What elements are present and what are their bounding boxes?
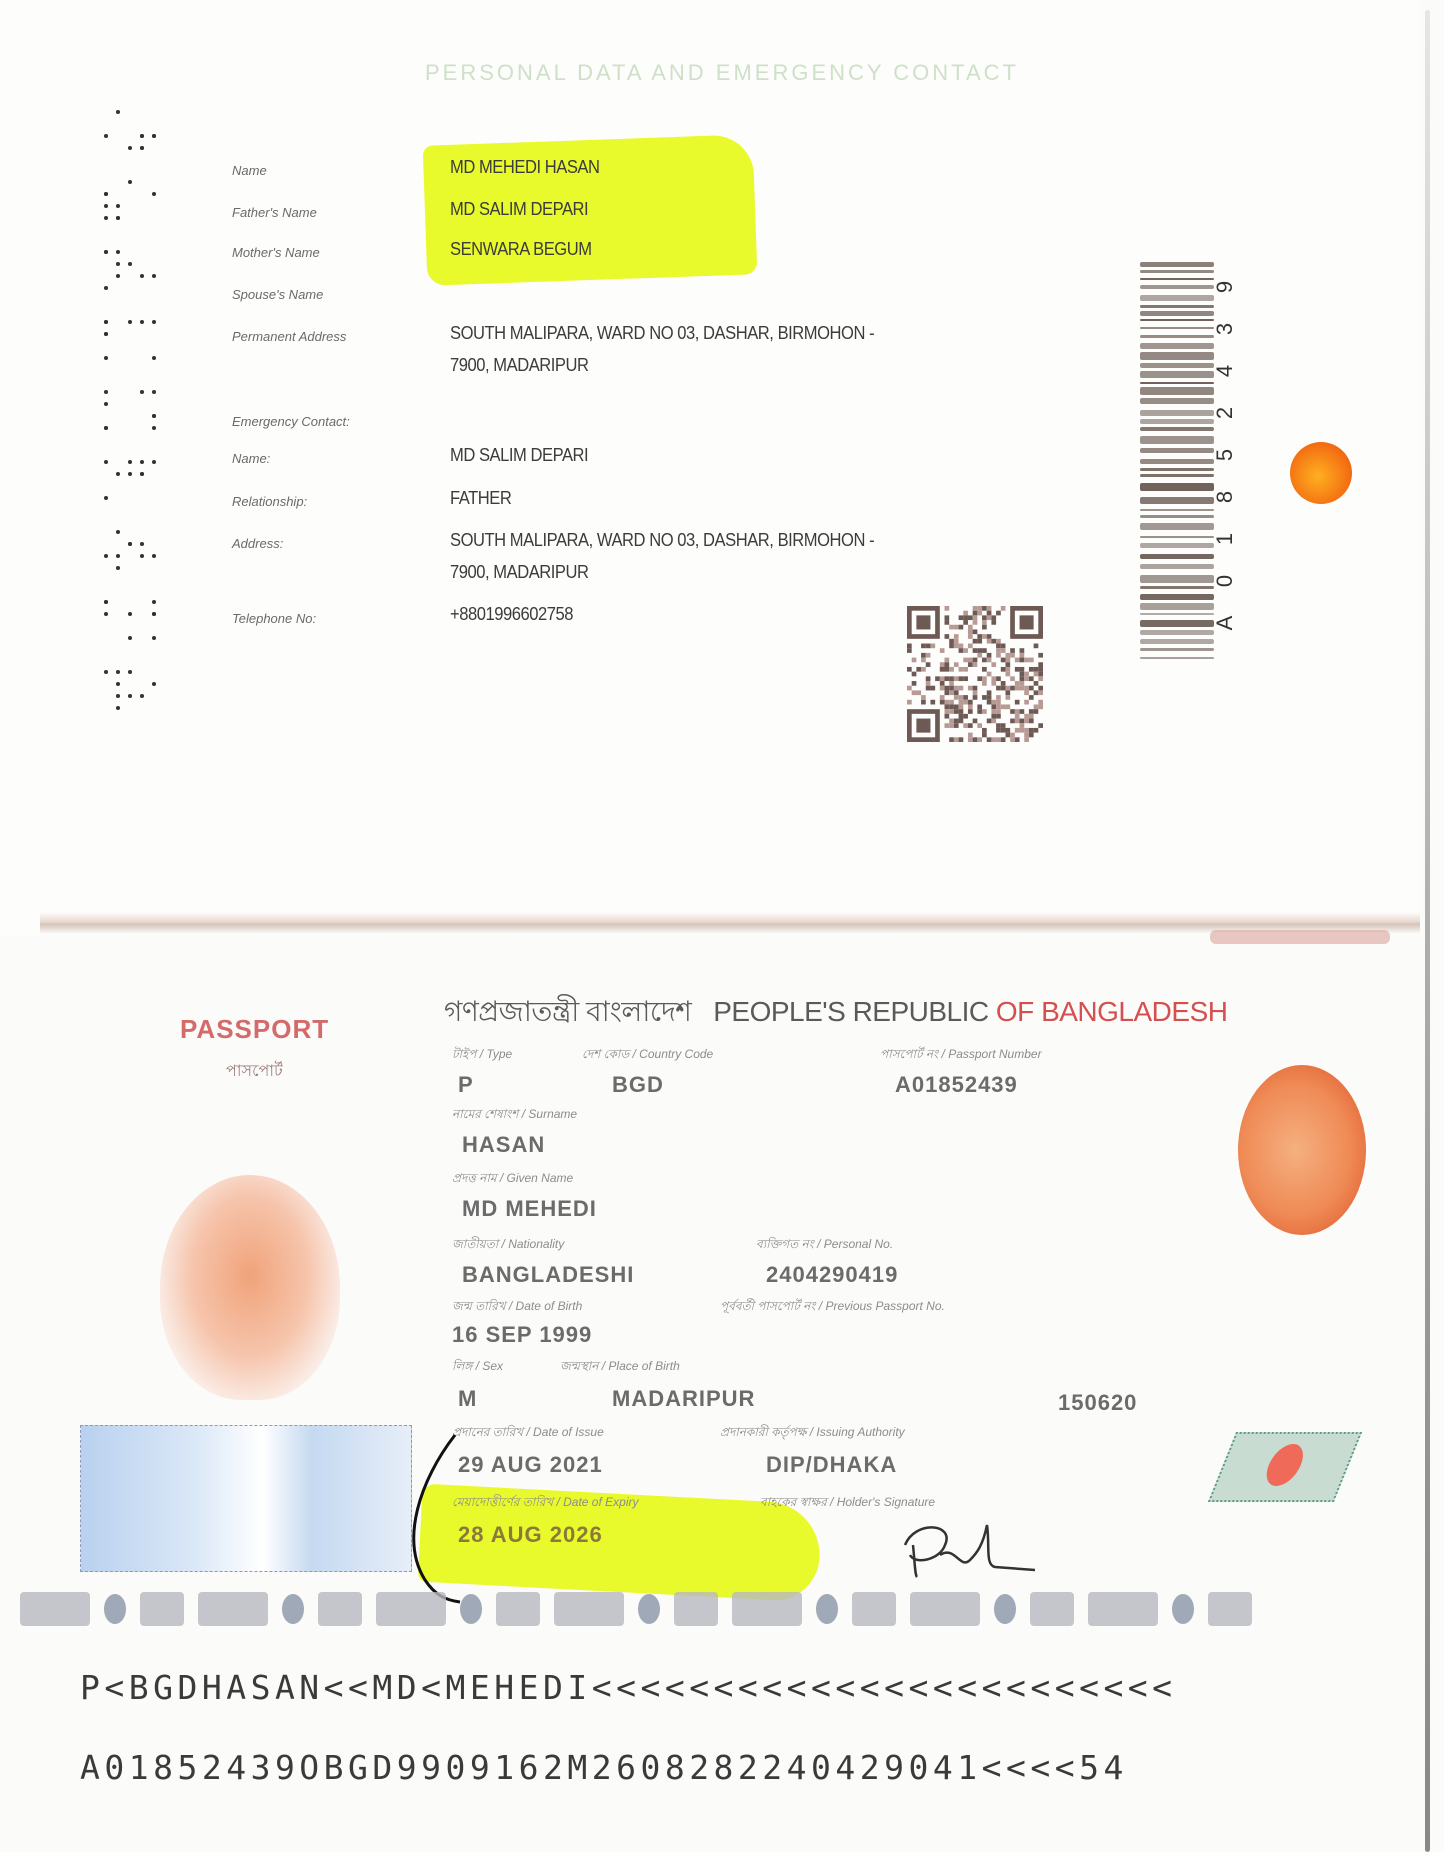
name-label: Name: [232, 163, 267, 178]
passport-label: PASSPORT: [180, 1014, 329, 1045]
code-number: 150620: [1058, 1390, 1137, 1416]
hologram-seal: [1238, 1065, 1366, 1235]
passport-label-bn: পাসপোর্ট: [226, 1058, 283, 1085]
photo-shoulders: [80, 1425, 412, 1572]
security-strip: [20, 1586, 1410, 1632]
place-of-birth-label: জন্মস্থান / Place of Birth: [560, 1358, 680, 1378]
passport-number-value: A01852439: [895, 1072, 1018, 1098]
given-name-value: MD MEHEDI: [462, 1196, 597, 1222]
sex-label: লিঙ্গ / Sex: [452, 1358, 503, 1378]
relationship-value: FATHER: [450, 488, 511, 509]
telephone-label: Telephone No:: [232, 611, 316, 626]
emergency-address-line1: SOUTH MALIPARA, WARD NO 03, DASHAR, BIRM…: [450, 530, 874, 551]
relationship-label: Relationship:: [232, 494, 307, 509]
place-of-birth-value: MADARIPUR: [612, 1386, 755, 1412]
dob-label: জন্ম তারিখ / Date of Birth: [452, 1298, 582, 1318]
type-label: টাইপ / Type: [452, 1046, 512, 1066]
country-name-bn: গণপ্রজাতন্ত্রী বাংলাদেশ: [444, 996, 691, 1027]
permanent-address-line2: 7900, MADARIPUR: [450, 355, 589, 376]
page-heading: PERSONAL DATA AND EMERGENCY CONTACT: [0, 60, 1444, 86]
fold-stain: [1210, 930, 1390, 944]
pen-mark: [400, 1430, 520, 1610]
country-name-en-red: OF BANGLADESH: [996, 996, 1228, 1027]
signature-label: বাহকের স্বাক্ষর / Holder's Signature: [760, 1494, 935, 1514]
emergency-name-label: Name:: [232, 451, 270, 466]
telephone-value: +8801996602758: [450, 604, 573, 625]
sex-value: M: [458, 1386, 477, 1412]
qr-code: [906, 606, 1044, 742]
country-title: গণপ্রজাতন্ত্রী বাংলাদেশ PEOPLE'S REPUBLI…: [444, 990, 1227, 1037]
country-code-label: দেশ কোড / Country Code: [582, 1046, 713, 1066]
name-value: MD MEHEDI HASAN: [450, 157, 600, 178]
spouse-name-label: Spouse's Name: [232, 287, 323, 302]
country-name-en: PEOPLE'S REPUBLIC: [713, 996, 996, 1027]
surname-label: নামের শেষাংশ / Surname: [452, 1106, 577, 1126]
previous-passport-label: পূর্ববর্তী পাসপোর্ট নং / Previous Passpo…: [720, 1298, 945, 1318]
emergency-address-line2: 7900, MADARIPUR: [450, 562, 589, 583]
security-dot: [1290, 442, 1352, 504]
perforated-number: [104, 110, 176, 740]
emergency-contact-heading: Emergency Contact:: [232, 414, 350, 429]
type-value: P: [458, 1072, 474, 1098]
nationality-value: BANGLADESHI: [462, 1262, 634, 1288]
mother-name-label: Mother's Name: [232, 245, 320, 260]
personal-number-value: 2404290419: [766, 1262, 898, 1288]
father-name-label: Father's Name: [232, 205, 317, 220]
personal-number-label: ব্যক্তিগত নং / Personal No.: [756, 1236, 893, 1256]
emergency-address-label: Address:: [232, 536, 283, 551]
mrz-line-1: P<BGDHASAN<<MD<MEHEDI<<<<<<<<<<<<<<<<<<<…: [80, 1668, 1177, 1707]
flag-icon: [1208, 1432, 1362, 1502]
permanent-address-line1: SOUTH MALIPARA, WARD NO 03, DASHAR, BIRM…: [450, 323, 874, 344]
holder-photo: [80, 1175, 410, 1570]
father-name-value: MD SALIM DEPARI: [450, 199, 588, 220]
permanent-address-label: Permanent Address: [232, 329, 346, 344]
passport-number-label: পাসপোর্ট নং / Passport Number: [880, 1046, 1042, 1066]
mother-name-value: SENWARA BEGUM: [450, 239, 592, 260]
barcode-digits: 93425810A: [1222, 266, 1244, 666]
nationality-label: জাতীয়তা / Nationality: [452, 1236, 564, 1256]
mrz-line-2: A01852439OBGD9909162M2608282240429041<<<…: [80, 1748, 1128, 1787]
issuing-authority-value: DIP/DHAKA: [766, 1452, 897, 1478]
country-code-value: BGD: [612, 1072, 664, 1098]
dob-value: 16 SEP 1999: [452, 1322, 592, 1348]
given-name-label: প্রদত্ত নাম / Given Name: [452, 1170, 573, 1190]
surname-value: HASAN: [462, 1132, 545, 1158]
emergency-name-value: MD SALIM DEPARI: [450, 445, 588, 466]
barcode: [1140, 262, 1220, 672]
holder-signature: [895, 1515, 1045, 1585]
page-edge: [1425, 10, 1430, 1852]
photo-face: [160, 1175, 340, 1400]
issuing-authority-label: প্রদানকারী কর্তৃপক্ষ / Issuing Authority: [720, 1424, 905, 1444]
